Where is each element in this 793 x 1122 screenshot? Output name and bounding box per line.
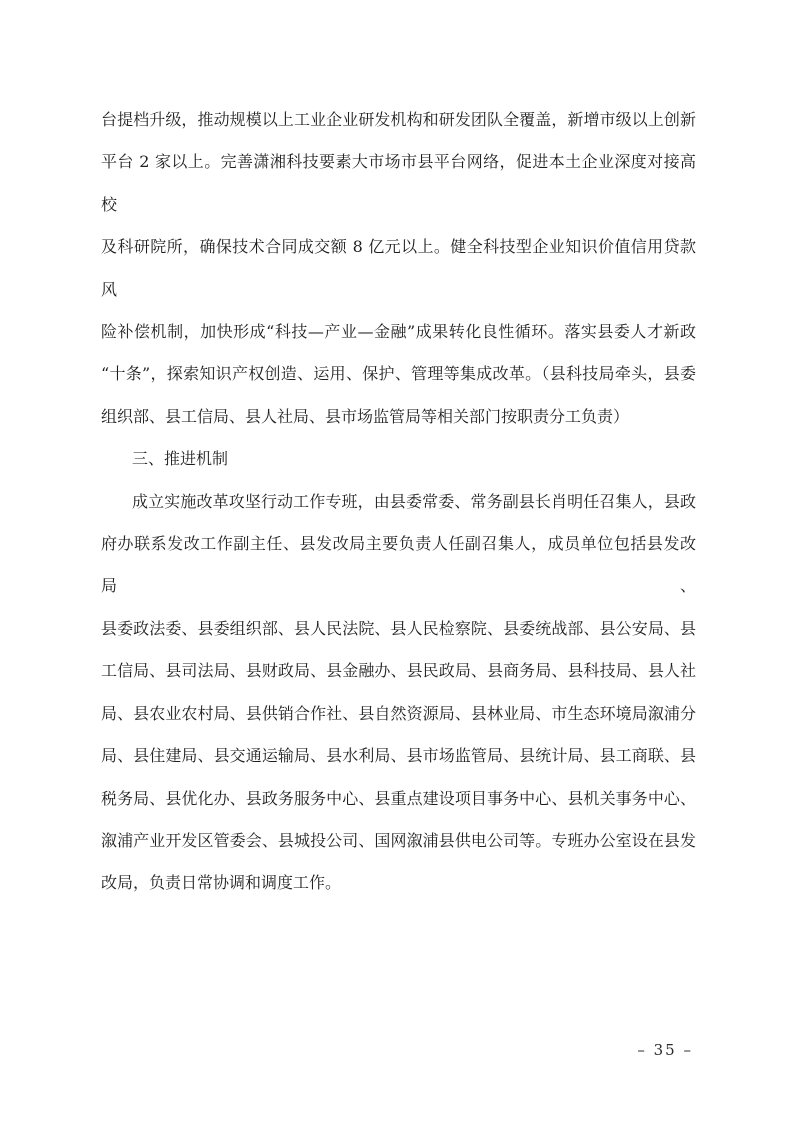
body-line: 县委政法委、县委组织部、县人民法院、县人民检察院、县委统战部、县公安局、县 <box>101 608 696 650</box>
body-line: 台提档升级，推动规模以上工业企业研发机构和研发团队全覆盖，新增市级以上创新 <box>101 99 696 141</box>
body-line: 险补偿机制，加快形成“科技—产业—金融”成果转化良性循环。落实县委人才新政 <box>101 311 696 353</box>
body-line: 及科研院所，确保技术合同成交额 8 亿元以上。健全科技型企业知识价值信用贷款风 <box>101 226 696 311</box>
body-line: 工信局、县司法局、县财政局、县金融办、县民政局、县商务局、县科技局、县人社 <box>101 650 696 692</box>
page-number: – 35 – <box>637 1041 693 1059</box>
body-line: 府办联系发改工作副主任、县发改局主要负责人任副召集人，成员单位包括县发改局、 <box>101 523 696 608</box>
body-line: 局、县住建局、县交通运输局、县水利局、县市场监管局、县统计局、县工商联、县 <box>101 735 696 777</box>
body-line: 局、县农业农村局、县供销合作社、县自然资源局、县林业局、市生态环境局溆浦分 <box>101 693 696 735</box>
body-line-paragraph-end: 组织部、县工信局、县人社局、县市场监管局等相关部门按职责分工负责） <box>101 396 696 438</box>
body-line: “十条”，探索知识产权创造、运用、保护、管理等集成改革。（县科技局牵头，县委 <box>101 353 696 395</box>
body-line: 平台 2 家以上。完善潇湘科技要素大市场市县平台网络，促进本土企业深度对接高校 <box>101 141 696 226</box>
body-line-paragraph-start: 成立实施改革攻坚行动工作专班，由县委常委、常务副县长肖明任召集人，县政 <box>101 481 696 523</box>
document-page: 台提档升级，推动规模以上工业企业研发机构和研发团队全覆盖，新增市级以上创新 平台… <box>0 0 793 1122</box>
body-line: 溆浦产业开发区管委会、县城投公司、国网溆浦县供电公司等。专班办公室设在县发 <box>101 820 696 862</box>
section-heading: 三、推进机制 <box>101 438 696 480</box>
body-line-paragraph-end: 改局，负责日常协调和调度工作。 <box>101 862 696 904</box>
body-line: 税务局、县优化办、县政务服务中心、县重点建设项目事务中心、县机关事务中心、 <box>101 778 696 820</box>
document-body: 台提档升级，推动规模以上工业企业研发机构和研发团队全覆盖，新增市级以上创新 平台… <box>101 99 696 905</box>
